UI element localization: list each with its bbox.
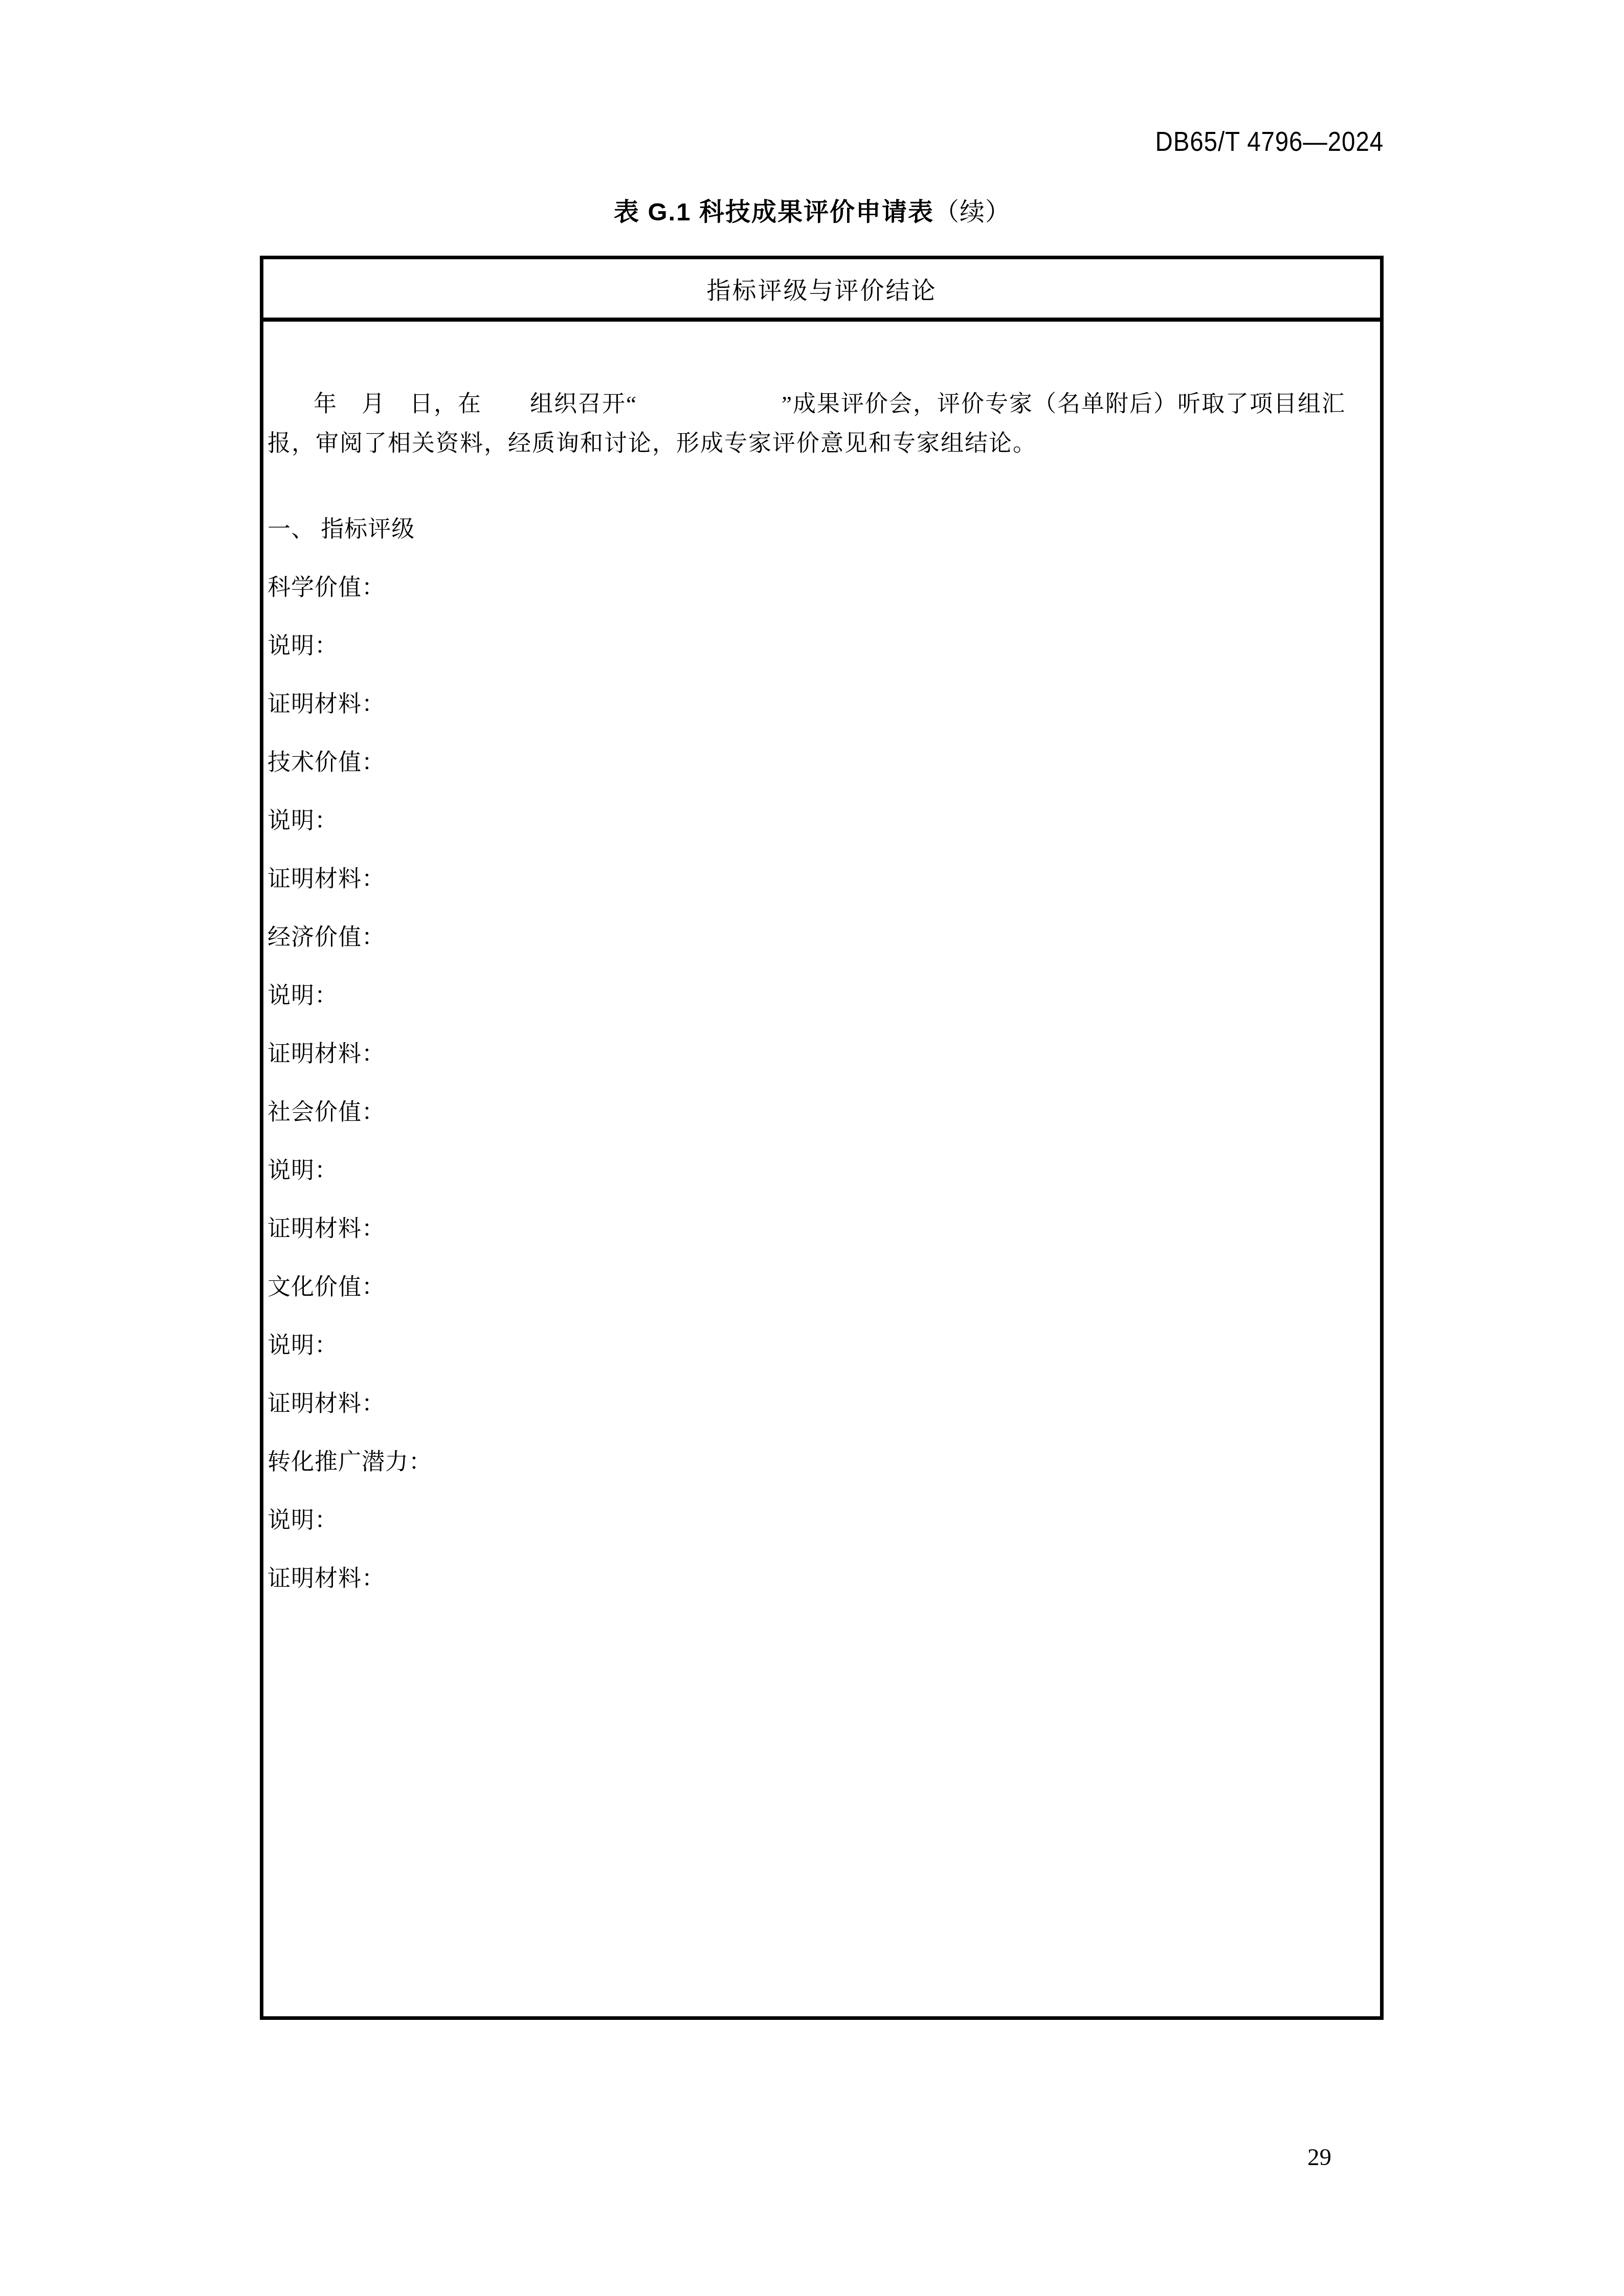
field-label-technical-value: 技术价值： xyxy=(268,733,1377,792)
field-label-evidence: 证明材料： xyxy=(268,1200,1377,1258)
field-label-description: 说明： xyxy=(268,617,1377,675)
field-label-description: 说明： xyxy=(268,1316,1377,1375)
table-caption-continued: （续） xyxy=(934,198,1011,226)
field-label-evidence: 证明材料： xyxy=(268,850,1377,908)
evaluation-table: 指标评级与评价结论 年 月 日，在 组织召开“ ”成果评价会，评价专家（名单附后… xyxy=(260,256,1384,2020)
field-label-description: 说明： xyxy=(268,966,1377,1025)
field-label-scientific-value: 科学价值： xyxy=(268,558,1377,617)
field-label-evidence: 证明材料： xyxy=(268,1025,1377,1083)
field-label-evidence: 证明材料： xyxy=(268,1549,1377,1608)
section-title: 一、 指标评级 xyxy=(268,500,1377,558)
page-number: 29 xyxy=(1307,2144,1331,2171)
field-label-description: 说明： xyxy=(268,1141,1377,1200)
table-caption: 表 G.1 科技成果评价申请表（续） xyxy=(260,197,1365,227)
intro-line-2: 报，审阅了相关资料，经质询和讨论，形成专家评价意见和专家组结论。 xyxy=(268,424,1377,463)
document-page: DB65/T 4796—2024 表 G.1 科技成果评价申请表（续） 指标评级… xyxy=(0,0,1624,2296)
standard-number: DB65/T 4796—2024 xyxy=(395,126,1384,157)
intro-paragraph: 年 月 日，在 组织召开“ ”成果评价会，评价专家（名单附后）听取了项目组汇 报… xyxy=(268,385,1377,463)
field-label-description: 说明： xyxy=(268,792,1377,850)
table-body-cell: 年 月 日，在 组织召开“ ”成果评价会，评价专家（名单附后）听取了项目组汇 报… xyxy=(263,322,1380,2016)
field-label-cultural-value: 文化价值： xyxy=(268,1258,1377,1316)
field-label-social-value: 社会价值： xyxy=(268,1083,1377,1141)
field-label-transfer-potential: 转化推广潜力： xyxy=(268,1433,1377,1491)
field-label-economic-value: 经济价值： xyxy=(268,908,1377,966)
field-label-description: 说明： xyxy=(268,1491,1377,1549)
field-label-evidence: 证明材料： xyxy=(268,1375,1377,1433)
intro-line-1: 年 月 日，在 组织召开“ ”成果评价会，评价专家（名单附后）听取了项目组汇 xyxy=(268,385,1377,424)
table-caption-main: 表 G.1 科技成果评价申请表 xyxy=(614,198,934,226)
field-label-list: 一、 指标评级 科学价值： 说明： 证明材料： 技术价值： 说明： 证明材料： … xyxy=(268,500,1377,1608)
field-label-evidence: 证明材料： xyxy=(268,675,1377,733)
table-section-header: 指标评级与评价结论 xyxy=(263,259,1380,322)
